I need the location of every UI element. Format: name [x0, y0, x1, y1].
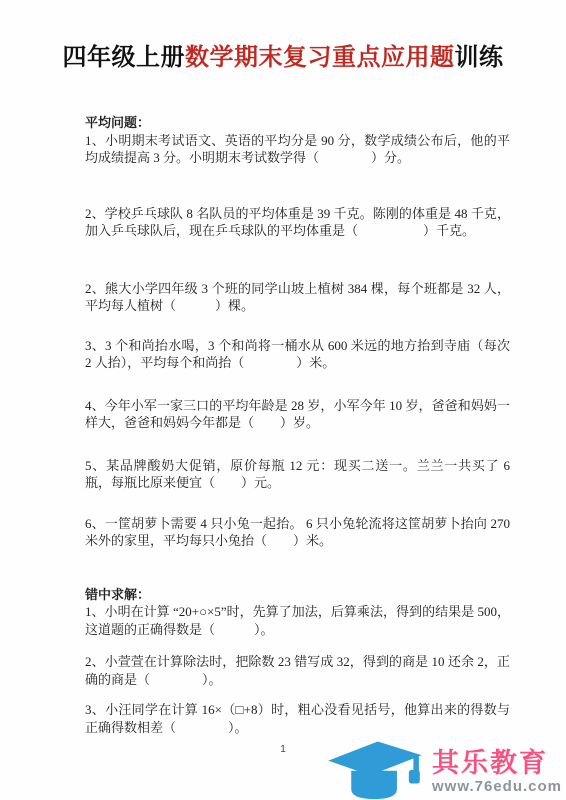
question-item: 3、3 个和尚抬水喝，3 个和尚将一桶水从 600 米远的地方抬到寺庙（每次 2…	[85, 337, 510, 372]
page-title: 四年级上册数学期末复习重点应用题训练	[0, 0, 566, 72]
brand-website: www.76edu.com	[432, 778, 562, 796]
title-prefix: 四年级上册	[63, 44, 186, 71]
question-item: 2、熊大小学四年级 3 个班的同学山坡上植树 384 棵，每个班都是 32 人，…	[85, 280, 510, 315]
brand-logo-text: 其乐教育 www.76edu.com	[432, 748, 562, 800]
worksheet-body: 平均问题： 1、小明期末考试语文、英语的平均分是 90 分，数学成绩公布后，他的…	[85, 114, 510, 736]
question-item: 6、一筐胡萝卜需要 4 只小兔一起抬。 6 只小兔轮流将这筐胡萝卜抬向 270 …	[85, 515, 510, 550]
question-item: 4、今年小军一家三口的平均年龄是 28 岁，小军今年 10 岁，爸爸和妈妈一样大…	[85, 397, 510, 432]
question-item: 1、小明在计算 “20+○×5”时，先算了加法，后算乘法，得到的结果是 500，…	[85, 603, 510, 638]
question-item: 2、学校乒乓球队 8 名队员的平均体重是 39 千克。陈刚的体重是 48 千克，…	[85, 205, 510, 240]
section-heading-solve-from-error: 错中求解：	[85, 586, 510, 604]
question-item: 1、小明期末考试语文、英语的平均分是 90 分，数学成绩公布后，他的平均成绩提高…	[85, 132, 510, 167]
brand-name: 其乐教育	[432, 748, 548, 778]
worksheet-page: 四年级上册数学期末复习重点应用题训练 平均问题： 1、小明期末考试语文、英语的平…	[0, 0, 566, 800]
section-heading-average-problems: 平均问题：	[85, 114, 510, 132]
title-highlight: 数学期末复习重点应用题	[185, 44, 455, 71]
question-item: 2、小萱萱在计算除法时，把除数 23 错写成 32，得到的商是 10 还余 2，…	[85, 653, 510, 688]
question-item: 3、小汪同学在计算 16×（□+8）时，粗心没看见括号，他算出来的得数与正确得数…	[85, 701, 510, 736]
brand-logo: 其乐教育 www.76edu.com	[324, 736, 562, 800]
graduation-cap-icon	[324, 736, 426, 800]
question-item: 5、某品牌酸奶大促销，原价每瓶 12 元：现买二送一。兰兰一共买了 6 瓶，每瓶…	[85, 457, 510, 492]
title-suffix: 训练	[455, 44, 504, 71]
